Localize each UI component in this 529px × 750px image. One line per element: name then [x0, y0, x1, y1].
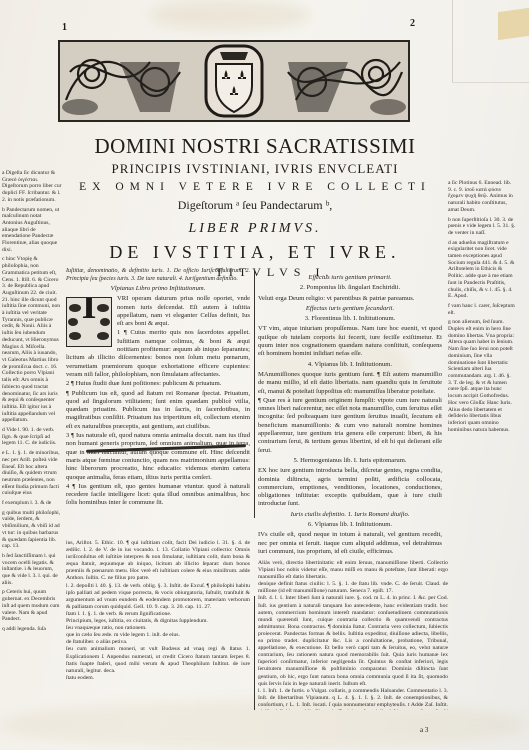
footnote: ſtam l. 1. §. 1. de verb. & rerum ſignif… [66, 611, 250, 618]
margin-note: d an adueſus magiſtratum e exigularitet … [448, 240, 516, 300]
right-margin-notes: a ſic Plotinus 6. Ennead. lib. 9. c. 9. … [448, 180, 516, 436]
margin-note: g quibus multi philoſophi, valde, ſerdem… [2, 510, 62, 550]
margin-note: f vam hanc l. carer, ſuſceptum eſt. [448, 303, 516, 316]
book-title: LIBER PRIMVS. [60, 218, 450, 240]
footnote: Inſt. 4. l. 1. Inter liberi ſunt à natur… [258, 595, 448, 687]
title-block: DOMINI NOSTRI SACRATISSIMI PRINCIPIS IVS… [60, 134, 450, 280]
column-divider [254, 596, 255, 710]
title-line-3: EX OMNI VETERE IVRE COLLECTI [60, 178, 450, 196]
rubric: Vlpianus Libro primo Inſtitutionum. [66, 285, 250, 293]
margin-note: h ſed ſanctiſſimam l. qui vocem ocelli l… [2, 553, 62, 587]
source-citation: 3. Florentinus lib. I. Inſtitutionum. [258, 315, 442, 323]
footnote: denique definit ſtatus ciuilis: l. 5. §.… [258, 581, 448, 595]
paragraph: 3 ¶ Ius naturale eſt, quod natura omnia … [66, 432, 250, 482]
footnotes-right: Aliàs verò, directio libertinitatis: eſt… [258, 560, 448, 710]
footnote: ſtatu eodem. [66, 675, 250, 682]
source-citation: 6. Vlpianus lib. I. Inſtitutionum. [258, 521, 442, 529]
rubric: Effectus iuris gentium primarii. [258, 274, 442, 282]
source-citation: 4. Vlpianus lib. I. Inſtitutionum. [258, 361, 442, 369]
footnote: ius, Ariſtot. 5. Ethic. 10. ¶ qui iuſtit… [66, 540, 250, 583]
section-heading: DE IVSTITIA, ET IVRE. [60, 240, 450, 264]
footnote: l. 1. Inſt. 1. de furtis. o Vulgat. coll… [258, 688, 448, 710]
title-line-2: PRINCIPIS IVSTINIANI, IVRIS ENVCLEATI [60, 160, 450, 178]
rubric: Iuris ciuilis definitio. 1. Iuris Romani… [258, 511, 442, 519]
margin-note: c hinc Vtopię & philoſophia, non Grammat… [2, 256, 62, 424]
page-fold-line [452, 0, 453, 82]
paragraph: 2 ¶ Huius ſtudii duæ ſunt poſitiones: pu… [66, 380, 250, 388]
document-page: 1 2 [0, 0, 529, 750]
margin-note: f exemplum l. 3. & de [2, 500, 62, 507]
column-right: Effectus iuris gentium primarii. 2. Pomp… [258, 272, 442, 557]
column-divider [254, 270, 255, 518]
footnote: l. 2. depoſiti l. 40. §. 13. de verb. ob… [66, 583, 250, 611]
margin-note: d Vide l. 90. 1. de verb. ſign. & quæ ſc… [2, 427, 62, 447]
paragraph: VT vim, atque iniuriam propulſemus. Nam … [258, 325, 442, 358]
paper-tab [498, 8, 529, 40]
paragraph: IVs ciuile eſt, quod neque in totum à na… [258, 531, 442, 556]
signature-mark: a 3 [420, 726, 428, 734]
woodcut-headpiece [58, 40, 410, 122]
fleur-de-lis-crest-icon [60, 42, 408, 120]
paragraph: 4 ¶ Ius gentium eſt, quo gentes humanæ v… [66, 483, 250, 508]
paragraph: ¶ Quæ res à iure gentium originem ſumpſi… [258, 397, 442, 455]
margin-note: b non ſuperſtitioſa l. 30. 3. de pœnis e… [448, 217, 516, 237]
column-left: Iuſtitiæ, denominatio, & definitio iuris… [66, 268, 250, 509]
paragraph: MAnumiſſiones quoque iuris gentium ſunt.… [258, 371, 442, 396]
rubric: Effectus iuris gentium ſecundarii. [258, 305, 442, 313]
page-fold-line [452, 82, 529, 83]
margin-note: e L. 1. §. 1. de minoribus, nec per Ariſ… [2, 450, 62, 497]
footnotes-left: ius, Ariſtot. 5. Ethic. 10. ¶ qui iuſtit… [66, 540, 250, 710]
margin-note: p Ceteris hui, quum gubernat. ex Decembr… [2, 589, 62, 623]
decorated-initial: I [66, 297, 112, 347]
paper-stain [150, 0, 310, 30]
paragraph: Veluti erga Deum religio: vt parentibus … [258, 295, 442, 303]
margin-note: a Digeſta ſic dicuntur & Græcè ὀιγέσται.… [2, 170, 62, 204]
title-line-1: DOMINI NOSTRI SACRATISSIMI [60, 134, 450, 158]
title-summary: Iuſtitiæ, denominatio, & definitio iuris… [66, 268, 250, 283]
margin-note: q addi legenda. ſuſa [2, 626, 62, 633]
left-page-number: 1 [62, 22, 67, 33]
source-citation: 2. Pomponius lib. ſingulari Enchiridii. [258, 284, 442, 292]
footnote: ſeu cum animalium moneri, ut vult Budæus… [66, 646, 250, 674]
footnote: Aliàs verò, directio libertinitatis: eſt… [258, 560, 448, 581]
initial-letter: I [67, 302, 111, 310]
title-line-4: Digeſtorum ᵃ ſeu Pandectarum ᵇ, [60, 196, 450, 214]
margin-note: g non alienum, ſed ſuum. Duplex eſt enim… [448, 319, 516, 433]
paragraph: EX hoc iure gentium introducta bella, di… [258, 467, 442, 508]
margin-note: b Pandectarum nomen, ut maſculinum notat… [2, 207, 62, 254]
source-citation: 5. Hermogenianus lib. I. Iuris epitomaru… [258, 457, 442, 465]
left-margin-notes: a Digeſta ſic dicuntur & Græcè ὀιγέσται.… [2, 170, 62, 636]
right-page-number: 2 [410, 18, 415, 29]
paragraph: ¶ Publicum ius eſt, quod ad ſtatum rei R… [66, 390, 250, 431]
margin-note: a ſic Plotinus 6. Ennead. lib. 9. c. 9. … [448, 180, 516, 214]
